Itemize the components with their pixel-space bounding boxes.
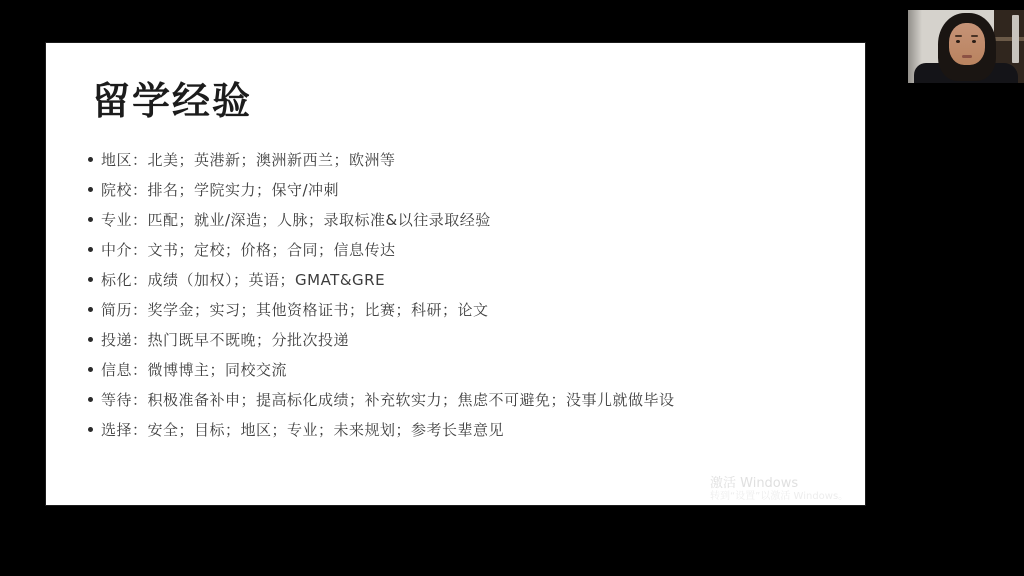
webcam-shelf-line — [994, 37, 1024, 41]
presenter-face — [949, 23, 985, 65]
bullet-item: 信息：微博博主；同校交流 — [88, 354, 675, 384]
webcam-thumbnail[interactable] — [908, 10, 1024, 83]
bullet-dot-icon — [88, 427, 93, 432]
presenter-eyebrow — [955, 35, 962, 37]
bullet-item: 简历：奖学金；实习；其他资格证书；比赛；科研；论文 — [88, 294, 675, 324]
bullet-text: 专业：匹配；就业/深造；人脉；录取标准&以往录取经验 — [101, 209, 491, 230]
watermark-line2: 转到“设置”以激活 Windows。 — [710, 491, 848, 503]
screen-share-stage: 留学经验 地区：北美；英港新；澳洲新西兰；欧洲等 院校：排名；学院实力；保守/冲… — [0, 0, 1024, 576]
bullet-dot-icon — [88, 187, 93, 192]
bullet-text: 投递：热门既早不既晚；分批次投递 — [101, 329, 349, 350]
windows-activation-watermark: 激活 Windows 转到“设置”以激活 Windows。 — [710, 476, 848, 503]
bullet-item: 地区：北美；英港新；澳洲新西兰；欧洲等 — [88, 144, 675, 174]
watermark-line1: 激活 Windows — [710, 476, 848, 491]
bullet-item: 专业：匹配；就业/深造；人脉；录取标准&以往录取经验 — [88, 204, 675, 234]
webcam-door-frame — [1012, 15, 1019, 63]
bullet-text: 选择：安全；目标；地区；专业；未来规划；参考长辈意见 — [101, 419, 504, 440]
bullet-text: 信息：微博博主；同校交流 — [101, 359, 287, 380]
bullet-dot-icon — [88, 157, 93, 162]
slide-title: 留学经验 — [92, 79, 252, 123]
bullet-item: 投递：热门既早不既晚；分批次投递 — [88, 324, 675, 354]
bullet-dot-icon — [88, 247, 93, 252]
bullet-item: 等待：积极准备补申；提高标化成绩；补充软实力；焦虑不可避免；没事儿就做毕设 — [88, 384, 675, 414]
presenter-eye — [972, 40, 976, 43]
bullet-dot-icon — [88, 397, 93, 402]
bullet-item: 院校：排名；学院实力；保守/冲刺 — [88, 174, 675, 204]
bullet-dot-icon — [88, 367, 93, 372]
bullet-item: 标化：成绩（加权）；英语；GMAT&GRE — [88, 264, 675, 294]
bullet-dot-icon — [88, 337, 93, 342]
bullet-dot-icon — [88, 277, 93, 282]
bullet-item: 选择：安全；目标；地区；专业；未来规划；参考长辈意见 — [88, 414, 675, 444]
bullet-text: 等待：积极准备补申；提高标化成绩；补充软实力；焦虑不可避免；没事儿就做毕设 — [101, 389, 675, 410]
bullet-dot-icon — [88, 217, 93, 222]
bullet-text: 中介：文书；定校；价格；合同；信息传达 — [101, 239, 396, 260]
presenter-eye — [956, 40, 960, 43]
bullet-list: 地区：北美；英港新；澳洲新西兰；欧洲等 院校：排名；学院实力；保守/冲刺 专业：… — [88, 144, 675, 444]
bullet-text: 标化：成绩（加权）；英语；GMAT&GRE — [101, 269, 385, 290]
bullet-text: 院校：排名；学院实力；保守/冲刺 — [101, 179, 339, 200]
bullet-item: 中介：文书；定校；价格；合同；信息传达 — [88, 234, 675, 264]
bullet-text: 简历：奖学金；实习；其他资格证书；比赛；科研；论文 — [101, 299, 489, 320]
bullet-dot-icon — [88, 307, 93, 312]
presenter-mouth — [962, 55, 972, 58]
presenter-eyebrow — [971, 35, 978, 37]
bullet-text: 地区：北美；英港新；澳洲新西兰；欧洲等 — [101, 149, 396, 170]
presentation-slide: 留学经验 地区：北美；英港新；澳洲新西兰；欧洲等 院校：排名；学院实力；保守/冲… — [46, 43, 865, 505]
